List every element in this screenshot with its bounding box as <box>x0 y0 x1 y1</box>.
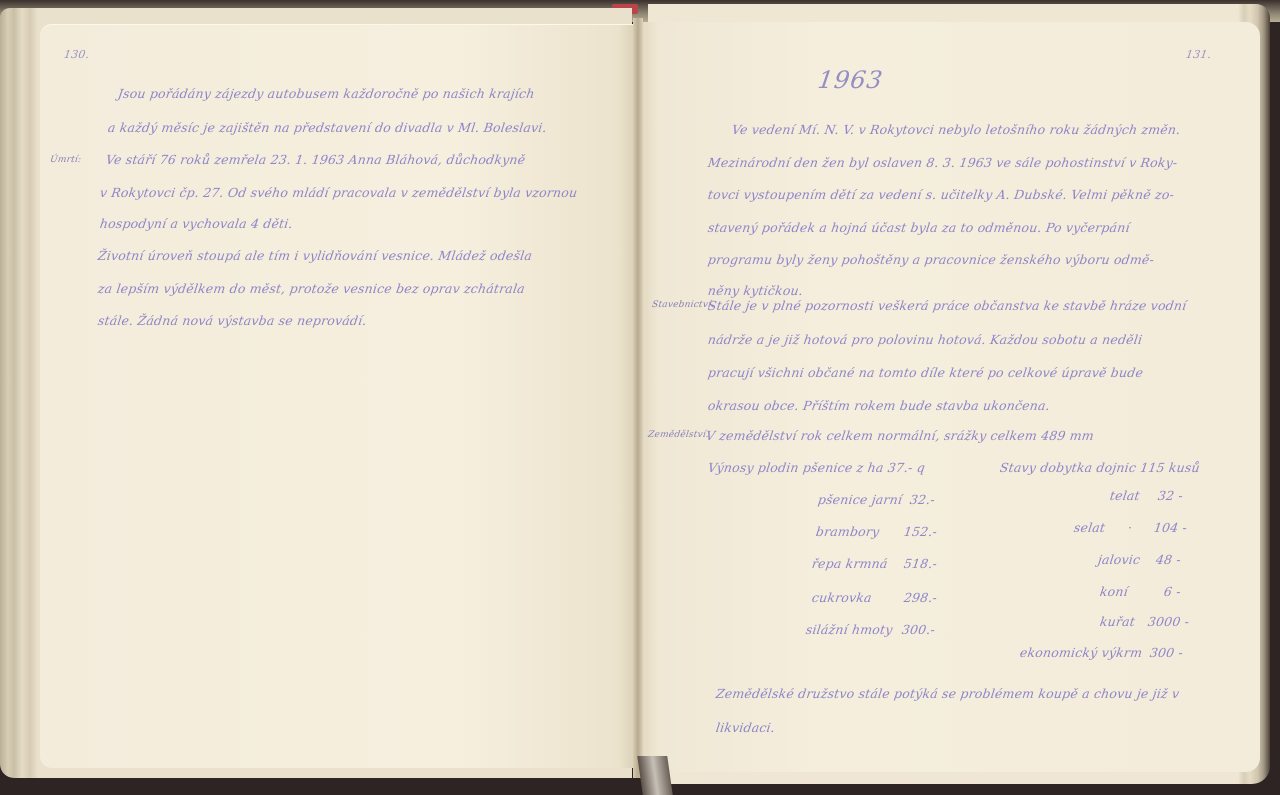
handwritten-line: něny kytičkou. <box>707 283 804 298</box>
livestock-name: telat <box>1109 488 1141 503</box>
crop-name: silážní hmoty <box>805 622 894 637</box>
handwritten-line: Jsou pořádány zájezdy autobusem každoroč… <box>117 86 536 101</box>
handwritten-line: hospodyní a vychovala 4 děti. <box>99 216 294 231</box>
crop-name: brambory <box>815 524 881 539</box>
crop-value: 152.- <box>903 524 938 539</box>
handwritten-line: likvidaci. <box>715 720 776 735</box>
handwritten-line: Ve vedení Mí. N. V. v Rokytovci nebylo l… <box>731 122 1182 137</box>
livestock-value: 3000 - <box>1147 614 1190 629</box>
livestock-name: jalovic <box>1097 552 1141 567</box>
livestock-value: 32 - <box>1157 488 1184 503</box>
crop-value: 32.- <box>909 492 936 507</box>
margin-note-agriculture: Zemědělství. <box>647 430 709 440</box>
crop-value: 518.- <box>903 556 938 571</box>
livestock-value: 48 - <box>1155 552 1182 567</box>
bookmark-bottom <box>637 756 672 795</box>
handwritten-line: pracují všichni občané na tomto díle kte… <box>707 365 1144 380</box>
handwritten-line: tovci vystoupením dětí za vedení s. učit… <box>707 187 1175 202</box>
left-page <box>40 24 636 768</box>
right-page-number: 131. <box>1185 48 1212 61</box>
livestock-name: kuřat <box>1099 614 1136 629</box>
handwritten-line: stavený pořádek a hojná účast byla za to… <box>707 220 1131 235</box>
handwritten-line: Zemědělské družstvo stále potýká se prob… <box>715 686 1180 701</box>
livestock-name: koní <box>1099 584 1129 599</box>
handwritten-line: a každý měsíc je zajištěn na představení… <box>107 120 548 135</box>
handwritten-line: programu byly ženy pohoštěny a pracovnic… <box>707 252 1155 267</box>
crop-name: cukrovka <box>811 590 873 605</box>
crop-value: 300.- <box>901 622 936 637</box>
handwritten-line: V zemědělství rok celkem normální, srážk… <box>705 428 1095 443</box>
livestock-heading: Stavy dobytka dojnic 115 kusů <box>999 460 1201 475</box>
crop-name: řepa krmná <box>811 556 889 571</box>
handwritten-line: za lepším výdělkem do měst, protože vesn… <box>97 281 526 296</box>
crop-name: pšenice jarní <box>817 492 903 507</box>
book-gutter <box>633 18 643 778</box>
handwritten-line: v Rokytovci čp. 27. Od svého mládí praco… <box>99 185 579 200</box>
livestock-value: 104 - <box>1153 520 1188 535</box>
livestock-value: 300 - <box>1149 645 1184 660</box>
livestock-name: selat <box>1073 520 1106 535</box>
handwritten-line: Životní úroveň stoupá ale tím i vylidňov… <box>97 248 533 263</box>
handwritten-line: Stále je v plné pozornosti veškerá práce… <box>707 298 1188 313</box>
handwritten-line: stále. Žádná nová výstavba se neprovádí. <box>97 313 368 328</box>
handwritten-line: Výnosy plodin pšenice z ha 37.- q <box>707 460 926 475</box>
livestock-name: ekonomický výkrm <box>1019 645 1143 660</box>
margin-note-deaths: Úmrtí: <box>49 155 82 165</box>
handwritten-line: nádrže a je již hotová pro polovinu hoto… <box>707 332 1143 347</box>
margin-note-construction: Stavebnictví. <box>651 300 714 310</box>
year-heading: 1963 <box>816 66 885 94</box>
handwritten-line: okrasou obce. Příštím rokem bude stavba … <box>707 398 1051 413</box>
handwritten-line: Mezinárodní den žen byl oslaven 8. 3. 19… <box>707 155 1179 170</box>
crop-value: 298.- <box>903 590 938 605</box>
handwritten-line: Ve stáří 76 roků zemřela 23. 1. 1963 Ann… <box>105 152 526 167</box>
livestock-value: 6 - <box>1163 584 1182 599</box>
left-page-number: 130. <box>63 48 90 61</box>
